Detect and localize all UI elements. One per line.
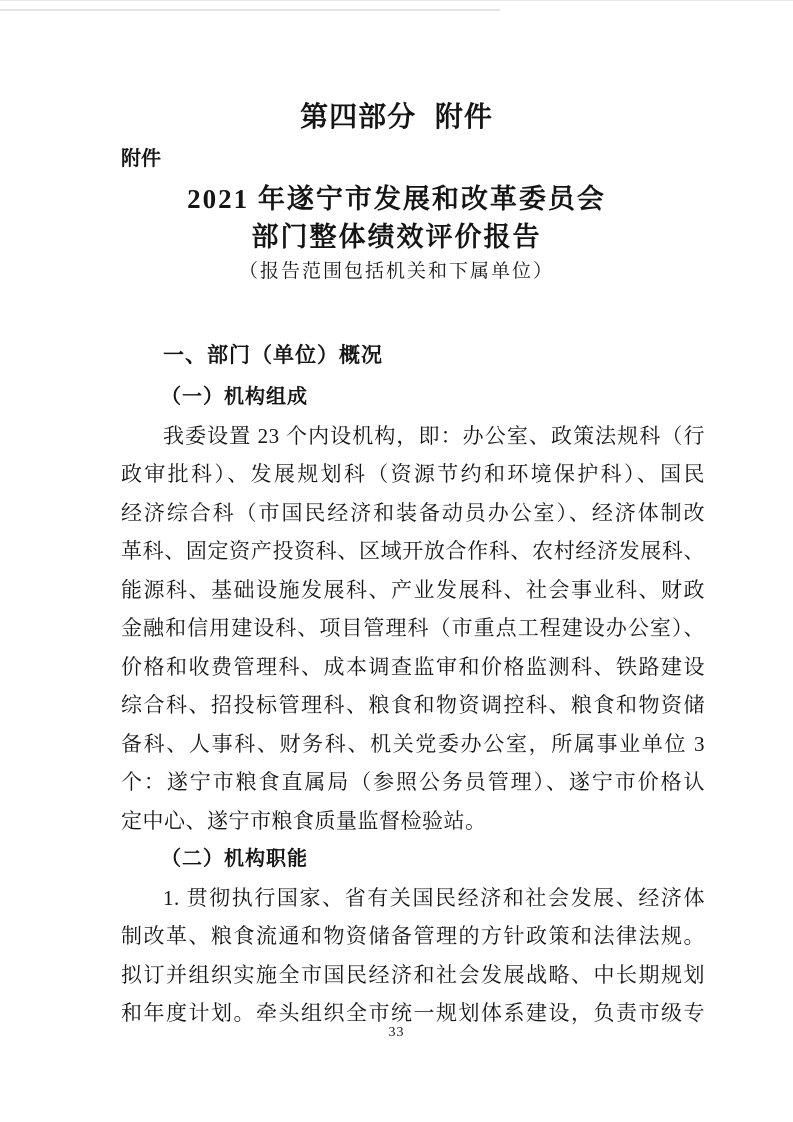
page-number: 33 <box>0 1025 793 1041</box>
scan-artifact-top-line <box>0 0 793 1</box>
text-line: 个：遂宁市粮食直属局（参照公务员管理）、遂宁市价格认 <box>121 763 705 802</box>
section-heading: 一、部门（单位）概况 <box>121 343 705 369</box>
subsection: （一）机构组成我委设置 23 个内设机构，即：办公室、政策法规科（行政审批科）、… <box>121 378 705 840</box>
text-line: 革科、固定资产投资科、区域开放合作科、农村经济发展科、 <box>121 532 705 571</box>
text-line: 价格和收费管理科、成本调查监审和价格监测科、铁路建设 <box>121 648 705 687</box>
document-body: 一、部门（单位）概况 （一）机构组成我委设置 23 个内设机构，即：办公室、政策… <box>121 343 705 1033</box>
subsection-heading: （一）机构组成 <box>121 378 705 417</box>
subsection-heading: （二）机构职能 <box>121 840 705 879</box>
text-line: 能源科、基础设施发展科、产业发展科、社会事业科、财政 <box>121 571 705 610</box>
text-line: 备科、人事科、财务科、机关党委办公室，所属事业单位 3 <box>121 725 705 764</box>
paragraph: 我委设置 23 个内设机构，即：办公室、政策法规科（行政审批科）、发展规划科（资… <box>121 417 705 841</box>
text-line: 我委设置 23 个内设机构，即：办公室、政策法规科（行 <box>121 417 705 456</box>
text-line: 经济综合科（市国民经济和装备动员办公室）、经济体制改 <box>121 494 705 533</box>
attachment-label: 附件 <box>121 147 793 171</box>
report-title-line-2: 部门整体绩效评价报告 <box>0 218 793 256</box>
document-page: 第四部分 附件 附件 2021 年遂宁市发展和改革委员会 部门整体绩效评价报告 … <box>0 0 793 1122</box>
text-line: 金融和信用建设科、项目管理科（市重点工程建设办公室）、 <box>121 609 705 648</box>
subsection: （二）机构职能1. 贯彻执行国家、省有关国民经济和社会发展、经济体制改革、粮食流… <box>121 840 705 1033</box>
subsections: （一）机构组成我委设置 23 个内设机构，即：办公室、政策法规科（行政审批科）、… <box>121 378 705 1033</box>
text-line: 政审批科）、发展规划科（资源节约和环境保护科）、国民 <box>121 455 705 494</box>
text-line: 拟订并组织实施全市国民经济和社会发展战略、中长期规划 <box>121 956 705 995</box>
text-line: 综合科、招投标管理科、粮食和物资调控科、粮食和物资储 <box>121 686 705 725</box>
text-line: 1. 贯彻执行国家、省有关国民经济和社会发展、经济体 <box>121 879 705 918</box>
text-line: 定中心、遂宁市粮食质量监督检验站。 <box>121 802 705 841</box>
text-line: 制改革、粮食流通和物资储备管理的方针政策和法律法规。 <box>121 917 705 956</box>
report-title: 2021 年遂宁市发展和改革委员会 部门整体绩效评价报告 <box>0 180 793 256</box>
report-title-line-1: 2021 年遂宁市发展和改革委员会 <box>0 180 793 218</box>
report-subtitle: （报告范围包括机关和下属单位） <box>0 257 793 287</box>
part-heading: 第四部分 附件 <box>0 0 793 134</box>
scan-artifact-line <box>0 9 500 11</box>
paragraph: 1. 贯彻执行国家、省有关国民经济和社会发展、经济体制改革、粮食流通和物资储备管… <box>121 879 705 1033</box>
